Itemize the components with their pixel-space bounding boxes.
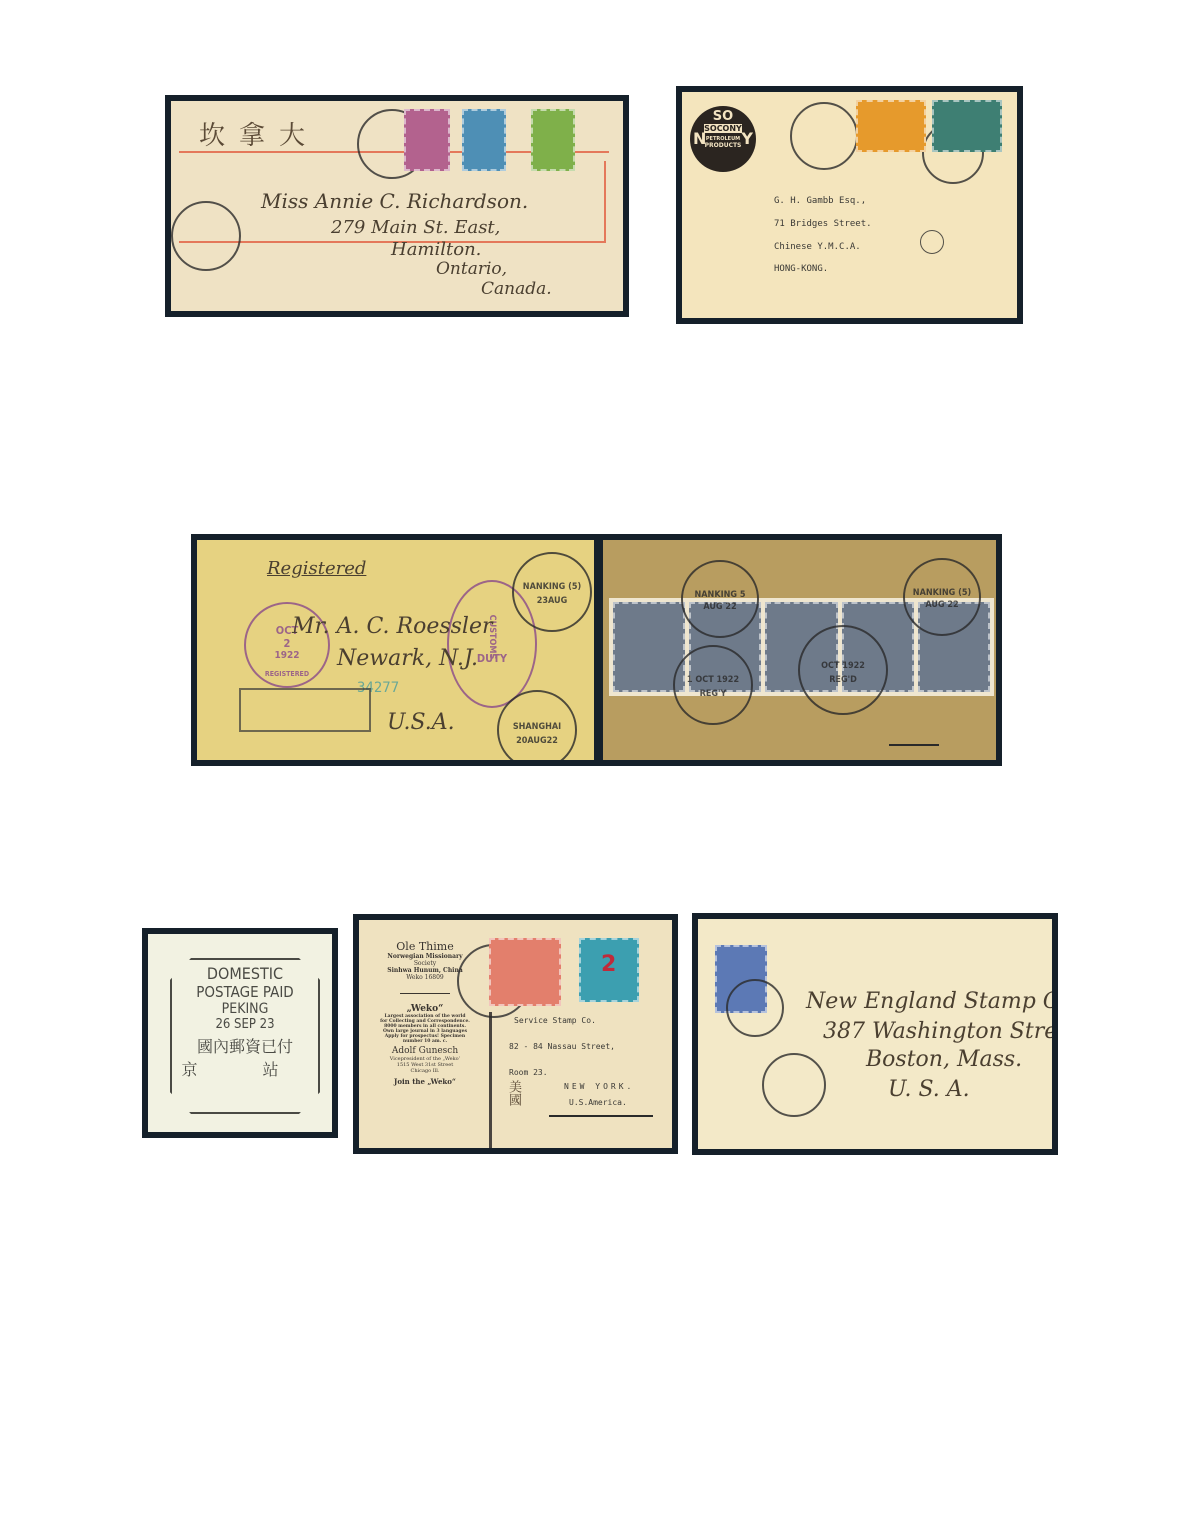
card-divider — [489, 1012, 492, 1148]
address-underline — [549, 1115, 653, 1117]
address-line: U. S. A. — [888, 1077, 970, 1102]
cover-registered-back: NANKING 5AUG 22 NANKING (5)AUG 22 1 OCT … — [597, 534, 1002, 766]
postmark-tientsin-left — [171, 201, 241, 271]
stamp-3c — [462, 109, 506, 171]
stamp-5c — [404, 109, 450, 171]
address-line: Boston, Mass. — [866, 1047, 1022, 1072]
postmark-stamp — [726, 979, 784, 1037]
registered-annotation: Registered — [267, 558, 366, 579]
address-line: Mr. A. C. Roessler — [292, 614, 493, 639]
address-line: 279 Main St. East, — [331, 217, 500, 238]
postmark-shanghai: SHANGHAI 20AUG22 — [497, 690, 577, 760]
postmark-foochow — [790, 102, 858, 170]
address-line: HONG-KONG. — [774, 264, 828, 274]
address-line: G. H. Gambb Esq., — [774, 196, 866, 206]
address-line: U.S.A. — [387, 710, 455, 735]
address-line: Hamilton. — [391, 239, 481, 260]
cover-canada: 坎拿大 Miss Annie C. Richardson. 279 Main S… — [165, 95, 629, 317]
address-line: U.S.America. — [569, 1098, 627, 1107]
cover-domestic-postage-paid: DOMESTIC POSTAGE PAID PEKING 26 SEP 23 國… — [142, 928, 338, 1138]
chinese-note: 美國 — [504, 1080, 523, 1106]
cover-socony: SO SOCONY PETROLEUM PRODUCTS N Y G. H. G… — [676, 86, 1023, 324]
address-line: Room 23. — [509, 1068, 548, 1077]
address-line: Ontario, — [436, 259, 507, 279]
postage-paid-handstamp: DOMESTIC POSTAGE PAID PEKING 26 SEP 23 國… — [170, 958, 320, 1114]
postmark-tientsin — [762, 1053, 826, 1117]
cover-registered-front: Registered OCT 2 1922 REGISTERED CUSTOMS… — [191, 534, 600, 766]
address-line: Miss Annie C. Richardson. — [261, 189, 528, 213]
postmark-back: 1 OCT 1922REG'Y — [673, 645, 753, 725]
address-line: Canada. — [481, 279, 552, 299]
postmark-back: NANKING 5AUG 22 — [681, 560, 759, 638]
socony-logo: SO SOCONY PETROLEUM PRODUCTS N Y — [690, 106, 756, 172]
address-line: 71 Bridges Street. — [774, 219, 872, 229]
cover-new-england: New England Stamp Co. 387 Washington Str… — [692, 913, 1058, 1155]
address-line: Chinese Y.M.C.A. — [774, 242, 861, 252]
address-line: Service Stamp Co. — [514, 1016, 596, 1025]
address-line: New England Stamp Co. — [806, 989, 1052, 1014]
stamp-green — [932, 100, 1002, 152]
address-line: NEW YORK. — [564, 1082, 634, 1091]
chinese-address: 坎拿大 — [199, 115, 319, 152]
postmark-back: NANKING (5)AUG 22 — [903, 558, 981, 636]
registration-box — [239, 688, 371, 732]
postmark-back: OCT 1922REG'D — [798, 625, 888, 715]
stamp-surcharge: 2 — [579, 938, 639, 1002]
address-line: Newark, N.J. — [337, 646, 478, 671]
stamp-red — [489, 938, 561, 1006]
address-line: 387 Washington Street — [823, 1019, 1052, 1044]
postmark-nanking: NANKING (5) 23AUG — [512, 552, 592, 632]
pen-line — [889, 744, 939, 746]
cover-weko-card: Ole Thime Norwegian Missionary Society S… — [353, 914, 678, 1154]
small-receiving-mark — [920, 230, 944, 254]
stamp-orange — [856, 100, 926, 152]
address-line: 82 - 84 Nassau Street, — [509, 1042, 615, 1051]
stamp-2c — [531, 109, 575, 171]
